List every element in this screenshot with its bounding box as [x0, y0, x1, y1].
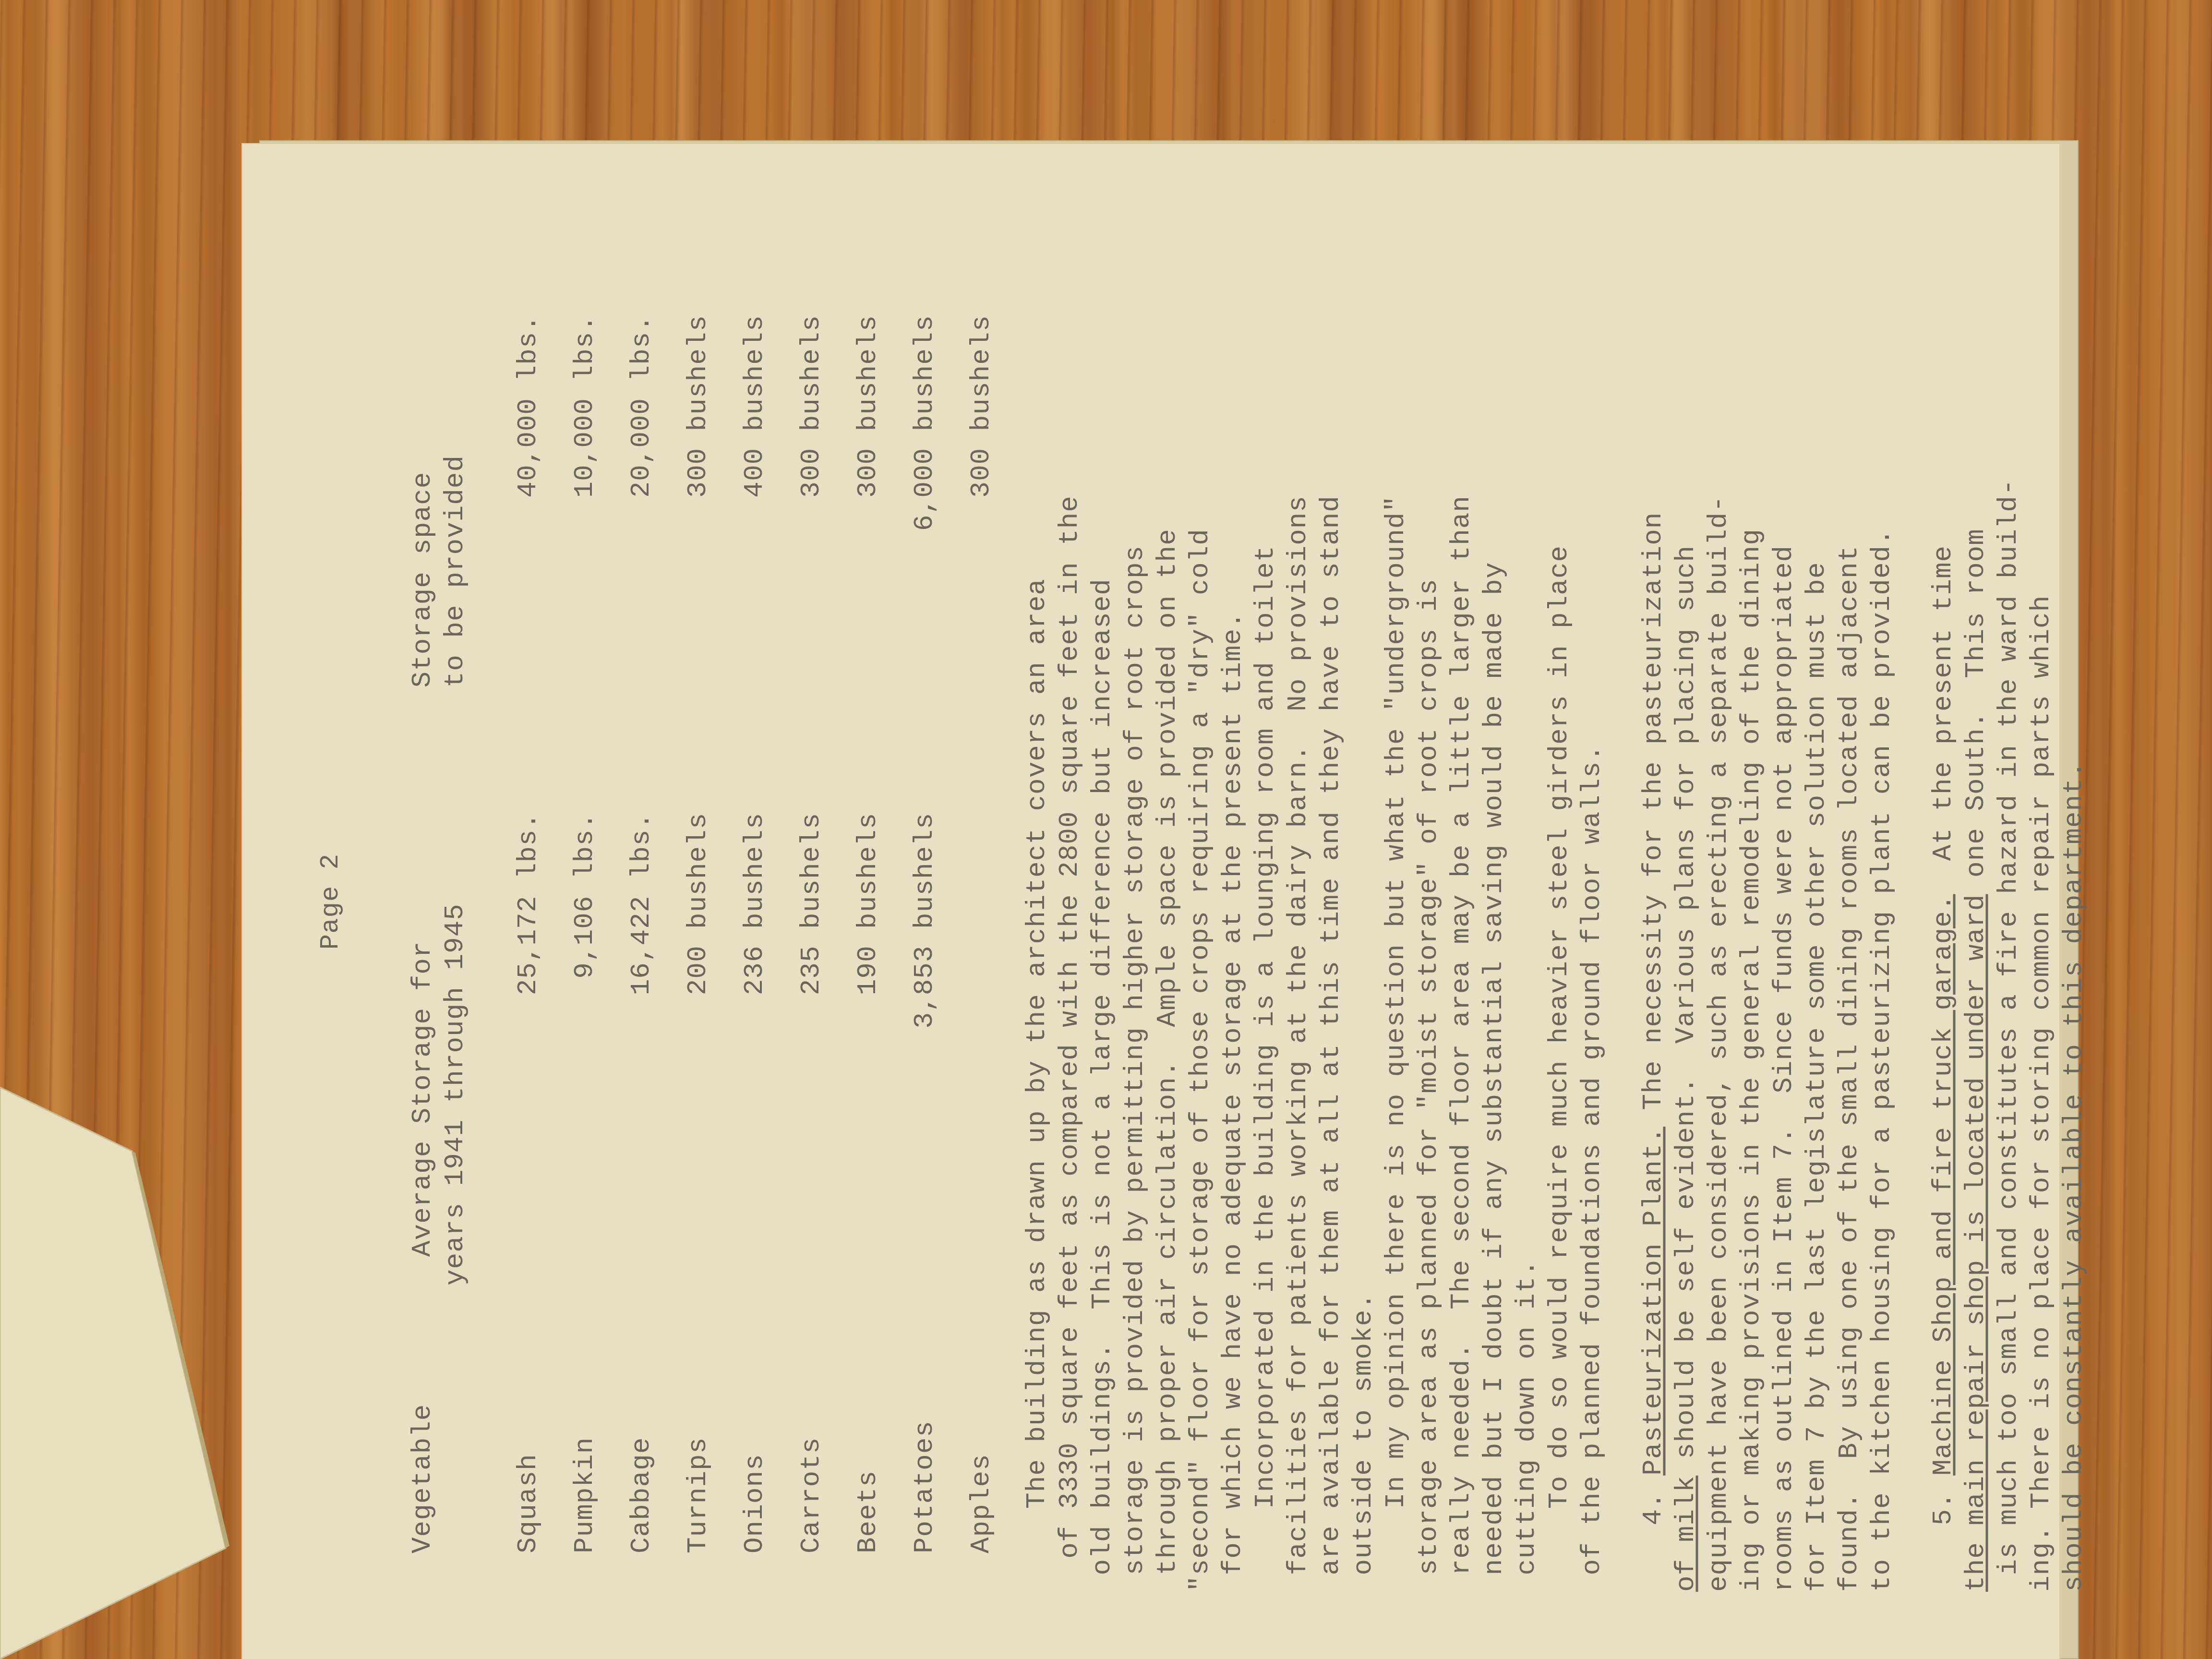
table-row: Cabbage16,422 lbs.20,000 lbs. — [625, 209, 681, 1553]
cell-storage-provided: 10,000 lbs. — [568, 209, 601, 688]
text-line: In my opinion there is no question but w… — [1379, 200, 1412, 1592]
cell-vegetable: Turnips — [681, 1286, 714, 1553]
cell-vegetable: Apples — [964, 1286, 997, 1553]
text-line: ing. There is no place for storing commo… — [2024, 200, 2057, 1592]
text-line: needed but I doubt if any substantial sa… — [1477, 200, 1510, 1592]
cell-vegetable: Onions — [738, 1286, 770, 1553]
text-line: are available for them at all at this ti… — [1314, 200, 1346, 1592]
table-body: Squash25,172 lbs.40,000 lbs.Pumpkin9,106… — [511, 209, 1021, 1553]
text-line: found. By using one of the small dining … — [1832, 200, 1865, 1592]
text-line: for which we have no adequate storage at… — [1216, 200, 1249, 1592]
header-vegetable: Vegetable — [406, 1286, 438, 1553]
text-line: storage is provided by permitting higher… — [1118, 200, 1151, 1592]
text-line: The building as drawn up by the architec… — [1020, 200, 1053, 1592]
text-line: through proper air circulation. Ample sp… — [1151, 200, 1183, 1592]
cell-average-storage: 200 bushels — [681, 688, 714, 1286]
text-line: To do so would require much heavier stee… — [1542, 200, 1575, 1592]
cell-average-storage: 190 bushels — [851, 688, 884, 1286]
cell-vegetable: Potatoes — [908, 1286, 940, 1553]
table-row: Onions236 bushels400 bushels — [738, 209, 794, 1553]
text-line: for Item 7 by the last legislature some … — [1800, 200, 1832, 1592]
item-5-machine-shop: 5. Machine Shop and fire truck garage. A… — [1926, 200, 2090, 1592]
cell-average-storage: 236 bushels — [738, 688, 770, 1286]
cell-storage-provided: 20,000 lbs. — [625, 209, 657, 688]
cell-storage-provided: 6,000 bushels — [908, 209, 940, 688]
cell-storage-provided: 300 bushels — [964, 209, 997, 688]
table-row: Potatoes3,853 bushels6,000 bushels — [908, 209, 964, 1553]
table-row: Squash25,172 lbs.40,000 lbs. — [511, 209, 568, 1553]
text-line: ing or making provisions in the general … — [1734, 200, 1767, 1592]
text-line: is much too small and constitutes a fire… — [1992, 200, 2024, 1592]
paragraph-lounging-room: Incorporated in the building is a loungi… — [1249, 200, 1379, 1592]
table-row: Pumpkin9,106 lbs.10,000 lbs. — [568, 209, 625, 1553]
text-line: cutting down on it. — [1510, 200, 1542, 1592]
item-4-title: Pasteurization Plant. — [1637, 1127, 1668, 1476]
cell-storage-provided: 40,000 lbs. — [511, 209, 544, 688]
text-line: of the planned foundations and ground fl… — [1575, 200, 1608, 1592]
text-line: storage area as planned for "moist stora… — [1412, 200, 1444, 1592]
vegetable-storage-table: Vegetable Average Storage for years 1941… — [406, 209, 1021, 1553]
page-number: Page 2 — [314, 144, 347, 1659]
paragraph-building: The building as drawn up by the architec… — [1020, 200, 1249, 1592]
paragraph-opinion: In my opinion there is no question but w… — [1379, 200, 1542, 1592]
cell-average-storage: 16,422 lbs. — [625, 688, 657, 1286]
text-line: outside to smoke. — [1346, 200, 1379, 1592]
table-row: Carrots235 bushels300 bushels — [794, 209, 851, 1553]
document-sheet: Page 2 Vegetable Average Storage for yea… — [242, 144, 2059, 1659]
cell-vegetable: Pumpkin — [568, 1286, 601, 1553]
cell-average-storage: 25,172 lbs. — [511, 688, 544, 1286]
text-line: really needed. The second floor area may… — [1444, 200, 1477, 1592]
text-line: of 3330 square feet as compared with the… — [1053, 200, 1085, 1592]
text-line: to the kitchen housing for a pasteurizin… — [1865, 200, 1898, 1592]
table-row: Turnips200 bushels300 bushels — [681, 209, 738, 1553]
cell-vegetable: Cabbage — [625, 1286, 657, 1553]
typed-page: Page 2 Vegetable Average Storage for yea… — [242, 144, 2059, 1659]
header-storage-provided: Storage space to be provided — [406, 209, 471, 687]
cell-storage-provided: 300 bushels — [794, 209, 827, 688]
table-header: Vegetable Average Storage for years 1941… — [406, 209, 511, 1553]
paragraph-girders: To do so would require much heavier stee… — [1542, 200, 1608, 1592]
cell-vegetable: Squash — [511, 1286, 544, 1553]
text-line: old buildings. This is not a large diffe… — [1085, 200, 1118, 1592]
text-line: rooms as outlined in Item 7. Since funds… — [1767, 200, 1800, 1592]
header-average-storage: Average Storage for years 1941 through 1… — [406, 687, 471, 1286]
cell-average-storage: 3,853 bushels — [908, 688, 940, 1286]
cell-storage-provided: 400 bushels — [738, 209, 770, 688]
body-text: The building as drawn up by the architec… — [1020, 200, 2090, 1592]
item-4-pasteurization: 4. Pasteurization Plant. The necessity f… — [1636, 200, 1898, 1592]
cell-vegetable: Carrots — [794, 1286, 827, 1553]
cell-average-storage: 9,106 lbs. — [568, 688, 601, 1286]
cell-storage-provided: 300 bushels — [851, 209, 884, 688]
cell-average-storage: 235 bushels — [794, 688, 827, 1286]
text-line: equipment have been considered, such as … — [1702, 200, 1734, 1592]
text-line: "second" floor for storage of those crop… — [1183, 200, 1216, 1592]
cell-storage-provided: 300 bushels — [681, 209, 714, 688]
table-row: Apples300 bushels — [964, 209, 1021, 1553]
text-line: facilities for patients working at the d… — [1281, 200, 1314, 1592]
text-line: Incorporated in the building is a loungi… — [1249, 200, 1281, 1592]
text-line: should be constantly available to this d… — [2057, 200, 2090, 1592]
item-5-title: Machine Shop and fire truck garage. — [1927, 894, 1958, 1476]
cell-vegetable: Beets — [851, 1286, 884, 1553]
table-row: Beets190 bushels300 bushels — [851, 209, 908, 1553]
